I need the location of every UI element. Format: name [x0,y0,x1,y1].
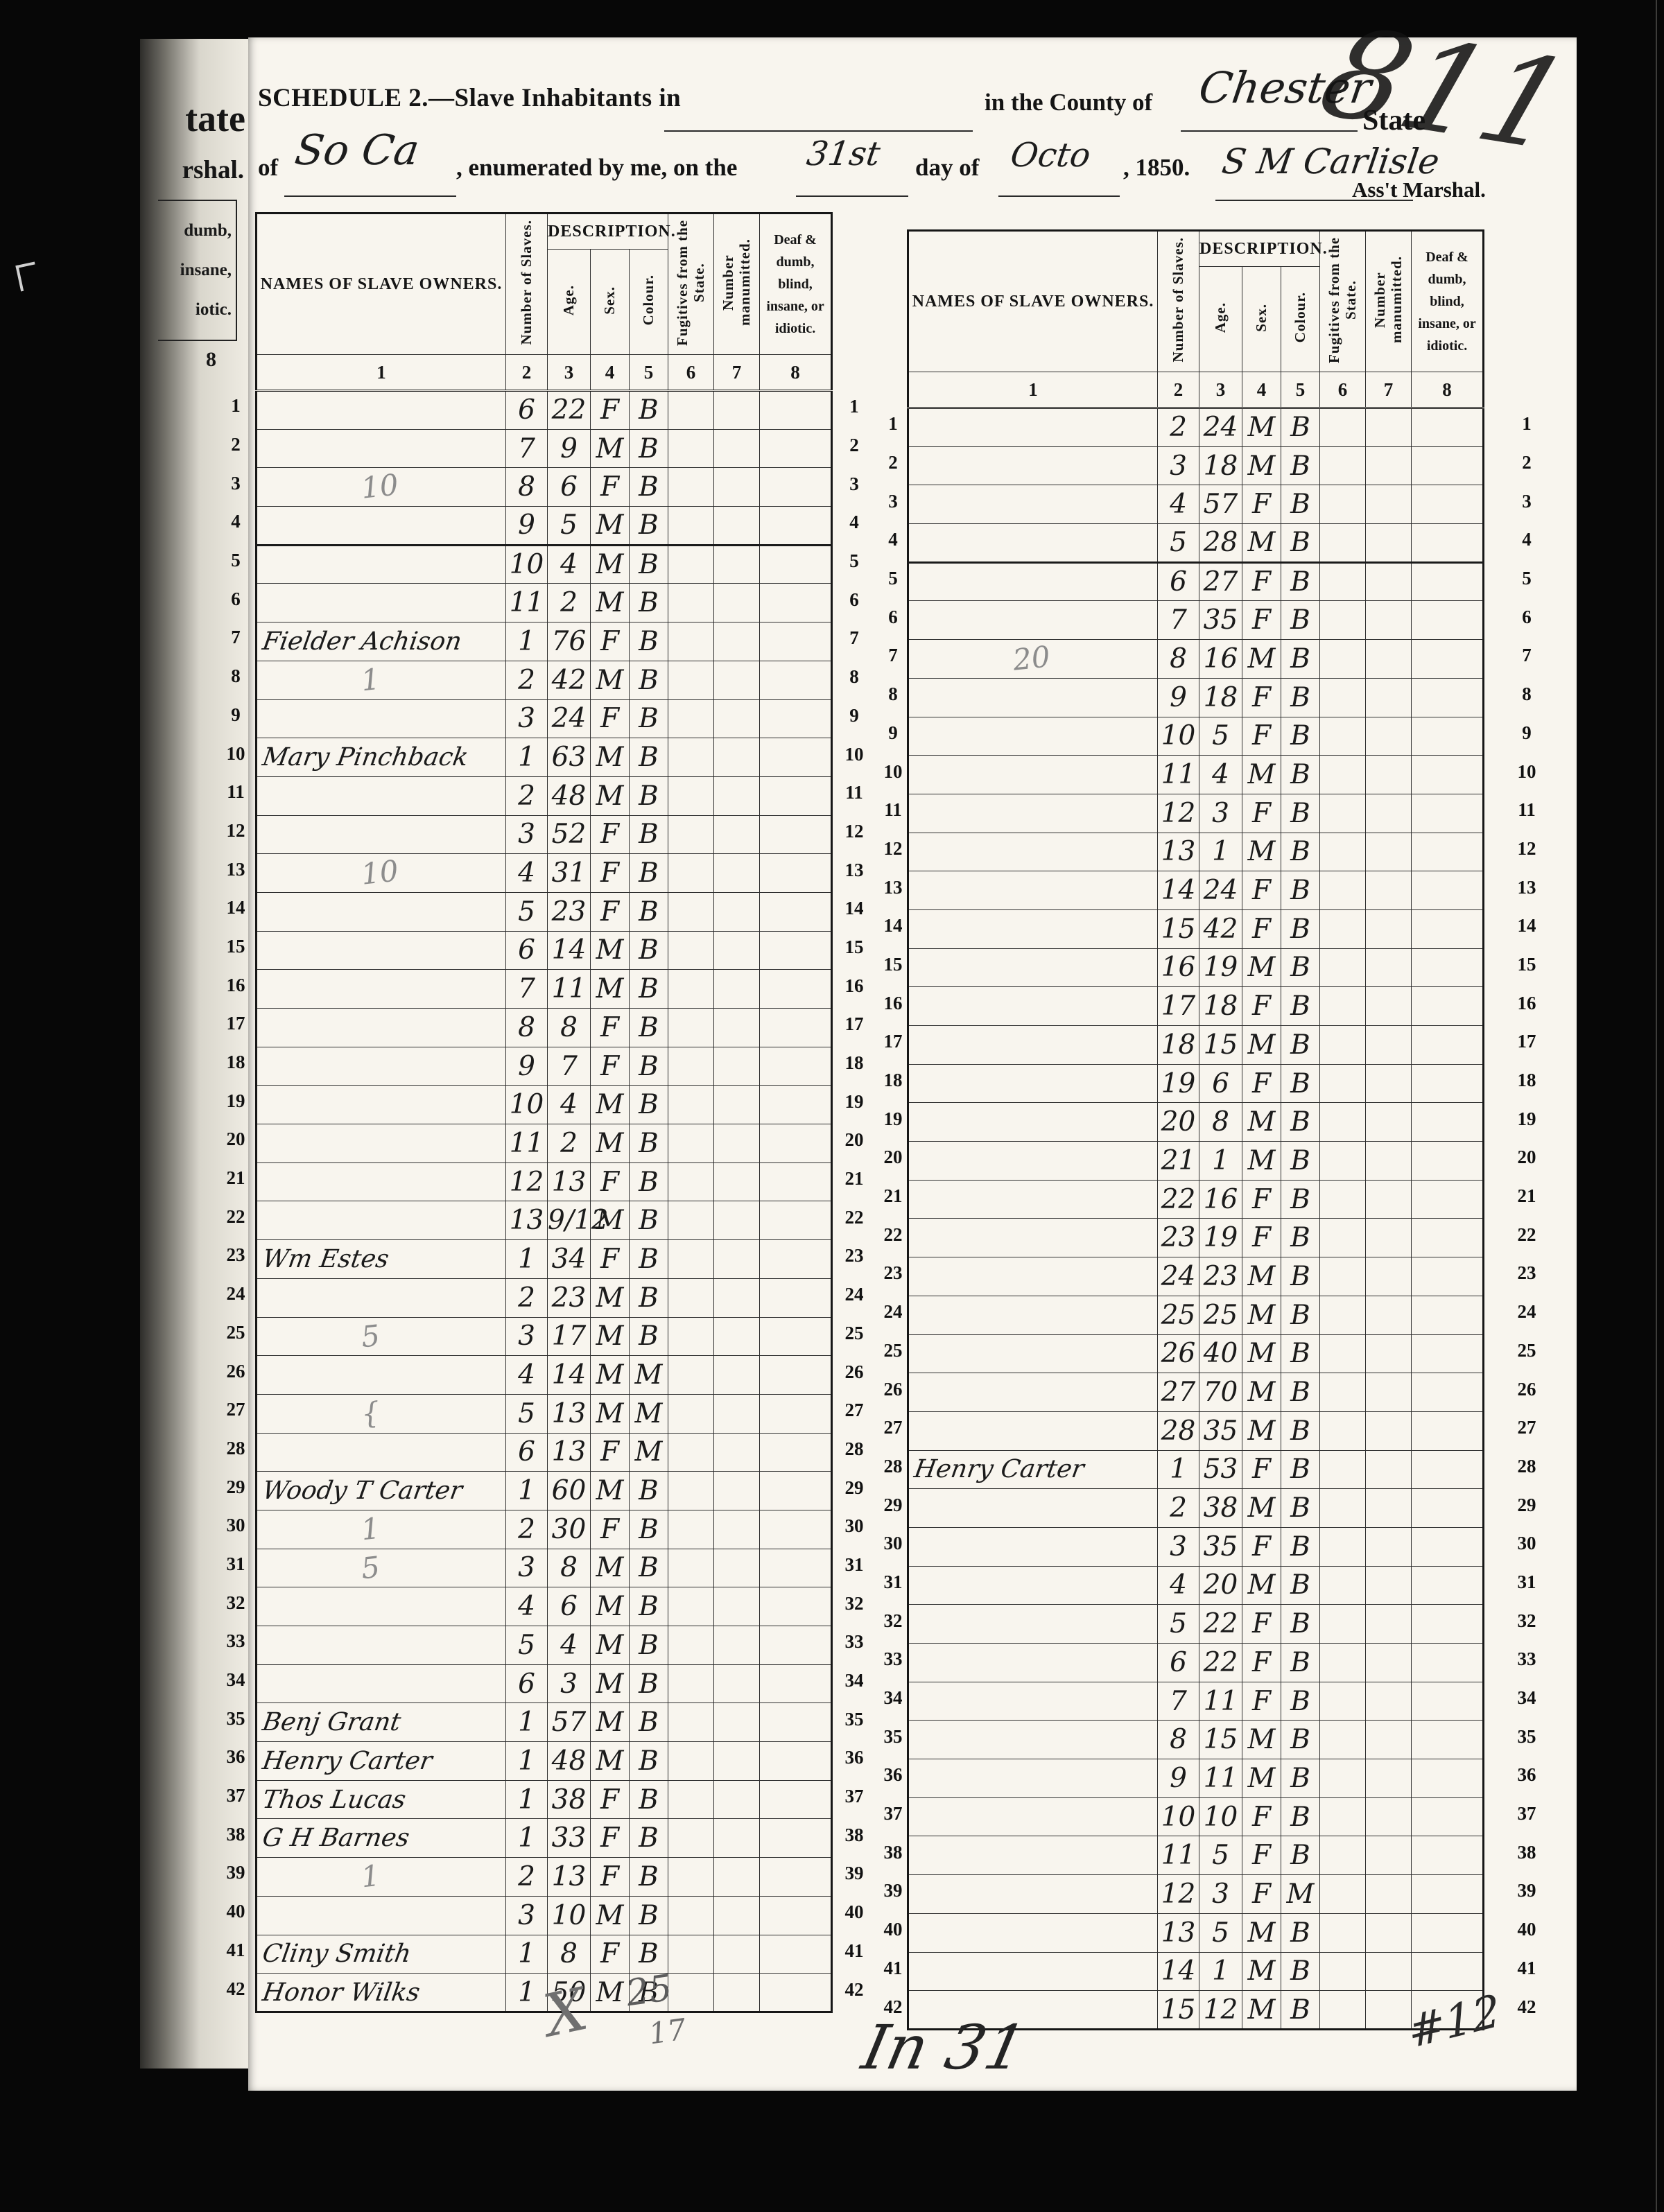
cell-owner-name [908,794,1158,833]
table-row: 14 1 M B [908,1952,1484,1991]
cell-number-of-slaves: 13 [1158,1913,1199,1952]
blank-line-day [796,195,908,197]
cell-owner-name [257,1896,506,1935]
cell-colour: B [1281,1334,1320,1373]
cell-manumitted [714,1742,760,1781]
cell-owner-name [908,717,1158,756]
pencil-note: 1 [360,662,382,698]
cell-fugitives [1320,408,1366,447]
line-number: 9 [220,696,251,735]
cell-deaf [760,699,832,738]
table-row: 3 18 M B [908,446,1484,485]
cell-fugitives [668,738,714,777]
cell-sex: M [1242,756,1281,794]
line-number: 9 [878,714,908,753]
cell-owner-name [908,1759,1158,1798]
day-of-label: day of [915,154,979,182]
cell-sex: F [591,1047,630,1086]
cell-number-of-slaves: 15 [1158,909,1199,948]
cell-colour: B [1281,1721,1320,1759]
cell-owner-name [257,815,506,854]
cell-owner-name [257,699,506,738]
cell-age: 5 [548,507,591,546]
cell-number-of-slaves: 8 [1158,640,1199,679]
line-number-column-right: 1234567891011121314151617181920212223242… [1511,405,1542,2026]
line-number: 40 [839,1893,869,1932]
table-row: 9 5 M B [257,507,832,546]
col-number: 7 [714,355,760,391]
line-number: 9 [839,697,869,735]
line-number: 32 [1511,1601,1542,1640]
cell-deaf [760,545,832,584]
cell-fugitives [668,1664,714,1703]
cell-colour: B [630,1047,668,1086]
line-number: 26 [839,1352,869,1391]
cell-sex: F [591,699,630,738]
state-value: So Ca [292,126,422,175]
cell-age: 24 [1199,408,1242,447]
table-row: 8 8 F B [257,1009,832,1047]
cell-deaf [760,1896,832,1935]
cell-deaf [760,1278,832,1317]
table-row: 9 18 F B [908,678,1484,717]
col-header-deaf: Deaf & dumb, blind, insane, or idiotic. [1412,231,1484,372]
cell-deaf [760,1240,832,1279]
cell-deaf [1412,1875,1484,1914]
line-number: 26 [1511,1370,1542,1409]
line-number: 20 [1511,1138,1542,1177]
fragment-state: tate [185,97,245,140]
cell-sex: M [591,970,630,1009]
cell-sex: M [591,1278,630,1317]
cell-age: 19 [1199,1219,1242,1257]
cell-fugitives [668,1587,714,1626]
cell-age: 23 [548,1278,591,1317]
cell-number-of-slaves: 16 [1158,948,1199,987]
cell-colour: B [1281,1142,1320,1181]
table-row: 10 4 31 F B [257,854,832,893]
cell-age: 17 [548,1317,591,1356]
cell-owner-name [908,408,1158,447]
cell-owner-name [257,776,506,815]
line-number: 3 [878,482,908,521]
photo-edge-line [1656,0,1657,2212]
cell-owner-name [908,678,1158,717]
table-row: 17 18 F B [908,987,1484,1026]
table-row: 11 2 M B [257,1124,832,1163]
cell-owner-name: Woody T Carter [257,1472,506,1510]
cell-manumitted [1366,408,1412,447]
cell-manumitted [1366,1373,1412,1412]
cell-owner-name: Henry Carter [908,1450,1158,1489]
cell-manumitted [714,661,760,699]
photo-artifact [15,262,40,292]
cell-owner-name: Cliny Smith [257,1935,506,1974]
line-number: 35 [839,1700,869,1739]
cell-number-of-slaves: 2 [506,776,548,815]
cell-owner-name [908,1682,1158,1721]
table-row: 7 9 M B [257,429,832,468]
line-number: 12 [878,830,908,869]
cell-sex: M [1242,524,1281,563]
cell-sex: F [1242,1682,1281,1721]
cell-manumitted [714,1317,760,1356]
line-number: 32 [220,1583,251,1622]
cell-sex: F [591,815,630,854]
cell-sex: M [591,429,630,468]
cell-colour: B [1281,1913,1320,1952]
year-label: , 1850. [1123,154,1190,182]
cell-age: 27 [1199,562,1242,601]
cell-colour: B [1281,1064,1320,1103]
cell-deaf [1412,1450,1484,1489]
cell-colour: B [630,584,668,622]
table-row: 28 35 M B [908,1411,1484,1450]
cell-colour: B [1281,1952,1320,1991]
cell-number-of-slaves: 10 [1158,717,1199,756]
cell-owner-name [257,1278,506,1317]
cell-colour: B [1281,1411,1320,1450]
cell-sex: F [1242,1450,1281,1489]
cell-fugitives [668,545,714,584]
cell-age: 42 [548,661,591,699]
col-number: 6 [668,355,714,391]
pencil-note: 20 [1012,639,1052,677]
table-row: Henry Carter 1 48 M B [257,1742,832,1781]
line-number: 39 [1511,1872,1542,1910]
owner-name: Thos Lucas [255,1786,408,1814]
line-number: 5 [878,559,908,598]
col-header-colour: Colour. [1281,267,1320,372]
cell-manumitted [1366,1836,1412,1875]
cell-colour: B [630,391,668,430]
col-number: 4 [1242,372,1281,408]
cell-fugitives [668,1201,714,1240]
cell-sex: F [591,391,630,430]
cell-age: 8 [548,1935,591,1974]
line-number: 35 [220,1699,251,1738]
cell-deaf [760,1587,832,1626]
cell-manumitted [1366,1064,1412,1103]
cell-owner-name [908,1527,1158,1566]
table-row: 27 70 M B [908,1373,1484,1412]
line-number: 23 [839,1237,869,1275]
cell-manumitted [1366,1991,1412,2030]
table-row: Thos Lucas 1 38 F B [257,1780,832,1819]
cell-number-of-slaves: 7 [506,970,548,1009]
line-number: 18 [220,1043,251,1082]
cell-colour: B [630,1201,668,1240]
table-row: 5 28 M B [908,524,1484,563]
cell-age: 11 [1199,1682,1242,1721]
cell-number-of-slaves: 15 [1158,1991,1199,2030]
cell-fugitives [668,1819,714,1858]
cell-manumitted [1366,1759,1412,1798]
cell-age: 35 [1199,1411,1242,1450]
cell-manumitted [1366,1103,1412,1142]
cell-manumitted [714,1780,760,1819]
line-number: 36 [839,1739,869,1777]
cell-fugitives [1320,1142,1366,1181]
cell-owner-name: G H Barnes [257,1819,506,1858]
cell-deaf [760,1433,832,1472]
cell-number-of-slaves: 5 [506,892,548,931]
line-number: 27 [220,1391,251,1429]
pencil-note: { [360,1395,382,1431]
cell-manumitted [714,1587,760,1626]
cell-number-of-slaves: 7 [1158,1682,1199,1721]
day-value: 31st [804,134,883,173]
line-number: 14 [1511,907,1542,946]
table-row: 12 3 F M [908,1875,1484,1914]
cell-colour: B [1281,1257,1320,1296]
line-number: 8 [1511,675,1542,714]
of-label: of [258,154,278,182]
cell-fugitives [1320,1257,1366,1296]
cell-fugitives [668,892,714,931]
line-number: 2 [1511,444,1542,482]
owner-name: Henry Carter [907,1455,1086,1483]
cell-manumitted [1366,562,1412,601]
cell-deaf [1412,640,1484,679]
line-number: 11 [839,774,869,812]
col-number: 7 [1366,372,1412,408]
line-number: 10 [839,735,869,774]
cell-fugitives [668,1278,714,1317]
line-number: 26 [878,1370,908,1409]
cell-fugitives [668,468,714,507]
cell-sex: M [1242,948,1281,987]
line-number: 3 [839,464,869,503]
cell-manumitted [714,1858,760,1897]
line-number: 29 [839,1468,869,1507]
cell-colour: B [1281,948,1320,987]
cell-number-of-slaves: 6 [506,1433,548,1472]
table-row: 26 40 M B [908,1334,1484,1373]
cell-fugitives [1320,1411,1366,1450]
cell-fugitives [1320,1180,1366,1219]
table-row: Henry Carter 1 53 F B [908,1450,1484,1489]
col-header-fugitives: Fugitives from the State. [668,214,714,355]
cell-sex: F [1242,562,1281,601]
cell-fugitives [668,1009,714,1047]
cell-deaf [1412,871,1484,910]
cell-number-of-slaves: 12 [1158,794,1199,833]
cell-number-of-slaves: 1 [506,738,548,777]
cell-colour: B [630,468,668,507]
cell-colour: B [630,1472,668,1510]
line-number: 2 [220,426,251,464]
col-number: 3 [548,355,591,391]
cell-number-of-slaves: 1 [506,622,548,661]
cell-fugitives [668,1742,714,1781]
cell-colour: B [630,892,668,931]
cell-owner-name [257,391,506,430]
cell-sex: M [591,1703,630,1742]
cell-fugitives [1320,1219,1366,1257]
cell-manumitted [714,1896,760,1935]
asst-marshal-label: Ass't Marshal. [1352,177,1486,202]
cell-age: 18 [1199,987,1242,1026]
line-number: 7 [1511,636,1542,675]
cell-colour: B [630,1780,668,1819]
cell-deaf [1412,1682,1484,1721]
cell-deaf [760,892,832,931]
cell-deaf [760,1664,832,1703]
cell-owner-name [257,545,506,584]
line-number: 16 [839,966,869,1005]
previous-page-edge: tate rshal. dumb, insane, iotic. 8 12345… [140,39,248,2069]
cell-owner-name: Fielder Achison [257,622,506,661]
cell-manumitted [1366,1605,1412,1644]
cell-fugitives [1320,1991,1366,2030]
cell-age: 25 [1199,1296,1242,1334]
cell-age: 38 [1199,1489,1242,1528]
line-number: 23 [1511,1254,1542,1293]
cell-age: 14 [548,1356,591,1395]
col-header-description: DESCRIPTION. [548,214,668,250]
table-row: 13 9/12 M B [257,1201,832,1240]
cell-owner-name: 5 [257,1317,506,1356]
col-header-description: DESCRIPTION. [1199,231,1320,267]
cell-number-of-slaves: 4 [506,1356,548,1395]
cell-fugitives [1320,1064,1366,1103]
cell-number-of-slaves: 14 [1158,871,1199,910]
line-number: 17 [220,1004,251,1043]
cell-sex: M [1242,1026,1281,1065]
cell-number-of-slaves: 8 [506,1009,548,1047]
cell-age: 52 [548,815,591,854]
cell-colour: B [1281,640,1320,679]
cell-number-of-slaves: 7 [506,429,548,468]
fragment-header-box: dumb, insane, iotic. [158,200,237,341]
cell-age: 13 [548,1858,591,1897]
cell-colour: B [630,429,668,468]
cell-age: 38 [548,1780,591,1819]
table-row: 4 14 M M [257,1356,832,1395]
line-number: 31 [839,1546,869,1585]
line-number: 4 [839,503,869,542]
fragment-col8: 8 [206,348,216,372]
line-number: 7 [220,618,251,657]
line-number: 34 [878,1679,908,1718]
line-number: 21 [878,1177,908,1216]
table-row: { 5 13 M M [257,1394,832,1433]
line-number: 42 [1511,1987,1542,2026]
pencil-note: 5 [360,1318,382,1354]
cell-owner-name [908,909,1158,948]
cell-fugitives [668,970,714,1009]
cell-fugitives [668,1047,714,1086]
pencil-note: 1 [360,1858,382,1895]
cell-manumitted [714,468,760,507]
line-number: 39 [220,1854,251,1892]
owner-name: Cliny Smith [255,1940,413,1968]
cell-colour: B [1281,408,1320,447]
cell-owner-name [908,756,1158,794]
cell-manumitted [1366,909,1412,948]
cell-colour: B [630,1858,668,1897]
cell-number-of-slaves: 1 [506,1703,548,1742]
table-row: 11 5 F B [908,1836,1484,1875]
line-number: 28 [878,1447,908,1486]
cell-colour: B [630,1896,668,1935]
line-number: 15 [878,946,908,984]
cell-deaf [760,1201,832,1240]
line-number: 38 [220,1815,251,1854]
cell-number-of-slaves: 2 [1158,408,1199,447]
col-header-sex: Sex. [591,250,630,355]
cell-age: 6 [548,468,591,507]
cell-owner-name [257,1086,506,1124]
table-row: G H Barnes 1 33 F B [257,1819,832,1858]
cell-number-of-slaves: 19 [1158,1064,1199,1103]
cell-owner-name [908,1026,1158,1065]
cell-number-of-slaves: 10 [1158,1797,1199,1836]
cell-deaf [1412,1334,1484,1373]
cell-sex: F [1242,1605,1281,1644]
table-row: 22 16 F B [908,1180,1484,1219]
table-row: 2 48 M B [257,776,832,815]
pencil-note: 1 [360,1511,382,1547]
cell-fugitives [668,1240,714,1279]
cell-colour: B [630,661,668,699]
cell-number-of-slaves: 2 [1158,1489,1199,1528]
cell-age: 8 [548,1009,591,1047]
cell-age: 22 [1199,1644,1242,1682]
cell-fugitives [1320,1836,1366,1875]
cell-age: 30 [548,1510,591,1549]
cell-manumitted [714,1278,760,1317]
col-header-names: NAMES OF SLAVE OWNERS. [257,214,506,355]
cell-owner-name [908,1103,1158,1142]
table-row: Cliny Smith 1 8 F B [257,1935,832,1974]
cell-age: 57 [548,1703,591,1742]
cell-owner-name [908,1644,1158,1682]
line-number: 7 [839,619,869,658]
line-number: 25 [220,1314,251,1352]
cell-colour: B [630,1317,668,1356]
cell-manumitted [1366,1142,1412,1181]
cell-deaf [760,507,832,546]
cell-fugitives [668,584,714,622]
line-number: 16 [1511,984,1542,1022]
cell-number-of-slaves: 1 [1158,1450,1199,1489]
line-number: 42 [839,1970,869,2009]
cell-owner-name [908,1489,1158,1528]
month-value: Octo [1008,136,1093,175]
cell-owner-name: Mary Pinchback [257,738,506,777]
cell-number-of-slaves: 3 [1158,1527,1199,1566]
cell-owner-name: Honor Wilks [257,1974,506,2012]
cell-colour: B [630,931,668,970]
cell-colour: B [1281,1103,1320,1142]
cell-sex: F [1242,909,1281,948]
cell-age: 3 [548,1664,591,1703]
cell-number-of-slaves: 21 [1158,1142,1199,1181]
blank-line-district [664,130,973,132]
cell-age: 3 [1199,1875,1242,1914]
cell-sex: F [591,1510,630,1549]
line-number: 41 [1511,1949,1542,1988]
cell-deaf [1412,1913,1484,1952]
pencil-note: 10 [360,468,400,505]
cell-deaf [1412,1064,1484,1103]
cell-number-of-slaves: 25 [1158,1296,1199,1334]
cell-owner-name [908,1566,1158,1605]
cell-age: 4 [548,545,591,584]
cell-manumitted [1366,1682,1412,1721]
